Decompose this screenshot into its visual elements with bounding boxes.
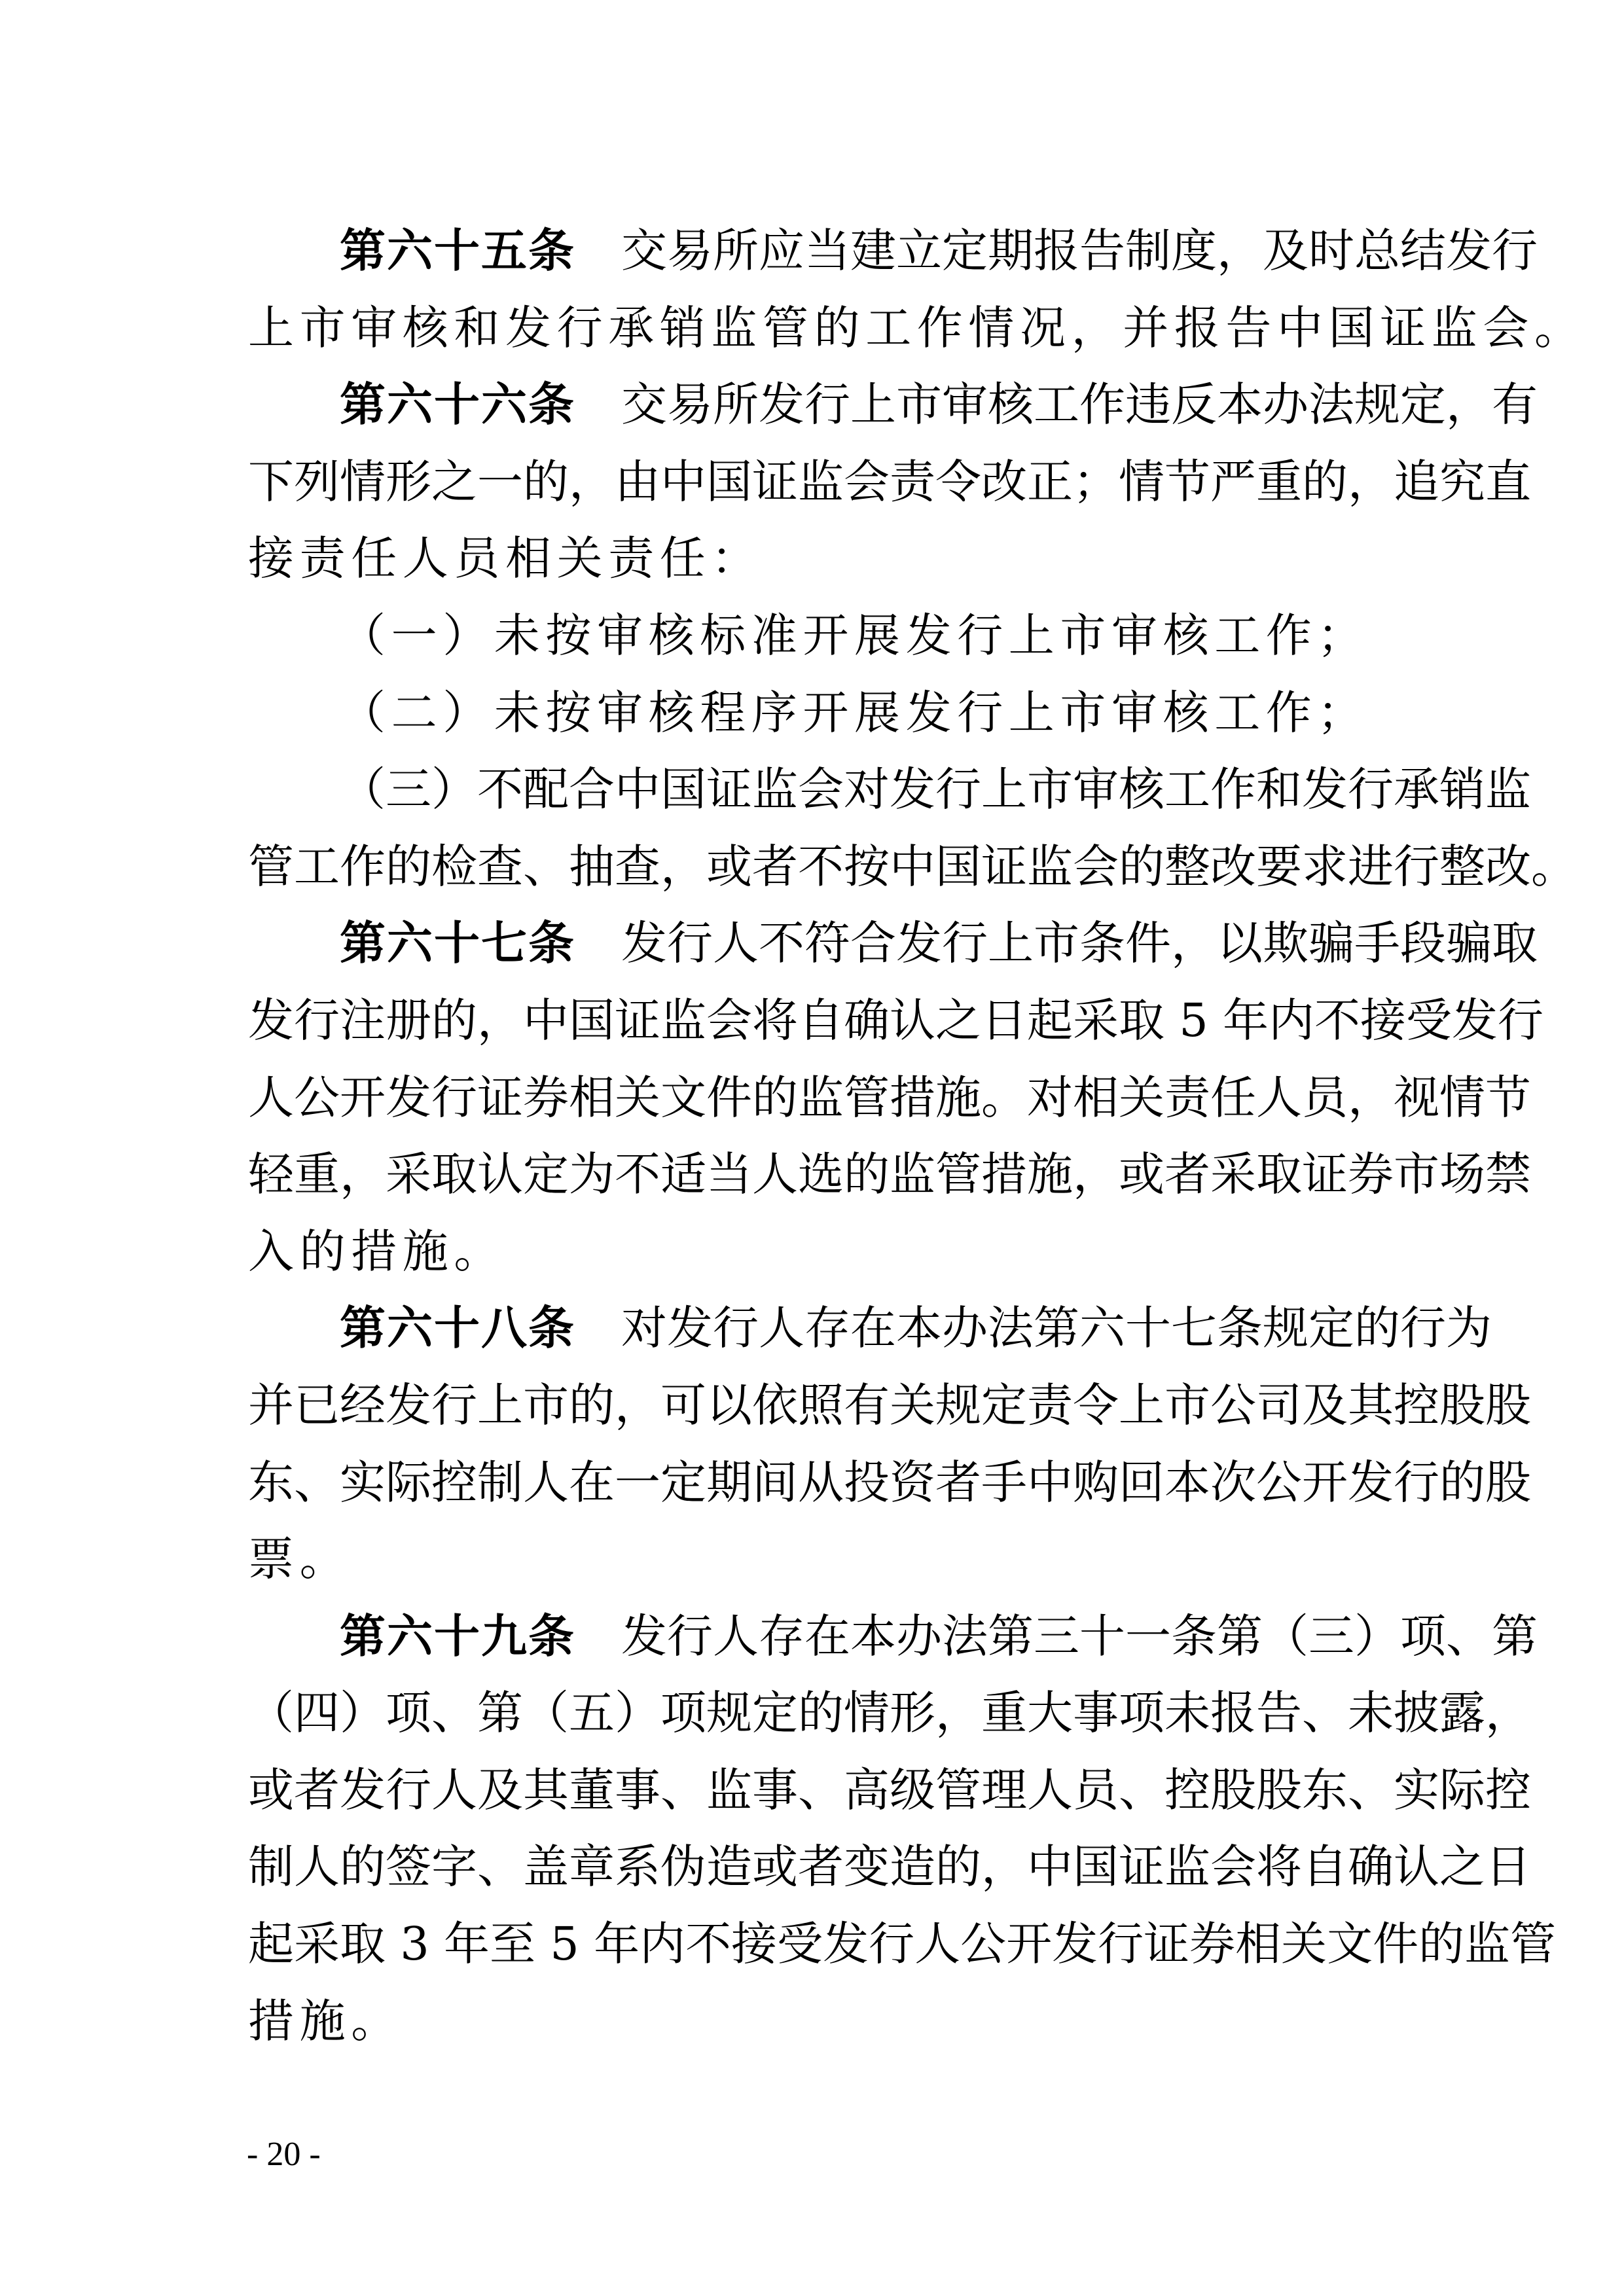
article-65-line-1: 第六十五条交易所应当建立定期报告制度，及时总结发行 bbox=[248, 213, 1390, 290]
document-page: 第六十五条交易所应当建立定期报告制度，及时总结发行 上市审核和发行承销监管的工作… bbox=[248, 213, 1390, 2060]
article-68-line-2: 并已经发行上市的，可以依照有关规定责令上市公司及其控股股 bbox=[248, 1367, 1390, 1444]
article-66-item-1: （一）未按审核标准开展发行上市审核工作； bbox=[248, 598, 1390, 675]
article-69-line-6: 措施。 bbox=[248, 1983, 1390, 2060]
article-number: 第六十六条 bbox=[340, 378, 575, 431]
article-67-line-1: 第六十七条发行人不符合发行上市条件，以欺骗手段骗取 bbox=[248, 905, 1390, 982]
article-69-line-3: 或者发行人及其董事、监事、高级管理人员、控股股东、实际控 bbox=[248, 1752, 1390, 1829]
article-69-line-1: 第六十九条发行人存在本办法第三十一条第（三）项、第 bbox=[248, 1598, 1390, 1676]
article-66-item-3-line-2: 管工作的检查、抽查，或者不按中国证监会的整改要求进行整改。 bbox=[248, 829, 1390, 906]
article-68-line-1: 第六十八条对发行人存在本办法第六十七条规定的行为 bbox=[248, 1290, 1390, 1367]
article-number: 第六十七条 bbox=[340, 916, 575, 970]
article-69: 第六十九条发行人存在本办法第三十一条第（三）项、第 （四）项、第（五）项规定的情… bbox=[248, 1598, 1390, 2060]
article-68-line-3: 东、实际控制人在一定期间从投资者手中购回本次公开发行的股 bbox=[248, 1444, 1390, 1522]
article-66-item-2: （二）未按审核程序开展发行上市审核工作； bbox=[248, 675, 1390, 752]
article-69-line-5: 起采取 3 年至 5 年内不接受发行人公开发行证券相关文件的监管 bbox=[248, 1906, 1390, 1983]
article-65: 第六十五条交易所应当建立定期报告制度，及时总结发行 上市审核和发行承销监管的工作… bbox=[248, 213, 1390, 367]
article-69-line-4: 制人的签字、盖章系伪造或者变造的，中国证监会将自确认之日 bbox=[248, 1829, 1390, 1906]
article-66-line-1: 第六十六条交易所发行上市审核工作违反本办法规定，有 bbox=[248, 367, 1390, 444]
article-text: 对发行人存在本办法第六十七条规定的行为 bbox=[621, 1301, 1492, 1355]
page-number: - 20 - bbox=[247, 2135, 321, 2174]
article-66: 第六十六条交易所发行上市审核工作违反本办法规定，有 下列情形之一的，由中国证监会… bbox=[248, 367, 1390, 905]
article-67: 第六十七条发行人不符合发行上市条件，以欺骗手段骗取 发行注册的，中国证监会将自确… bbox=[248, 905, 1390, 1290]
article-65-line-2: 上市审核和发行承销监管的工作情况，并报告中国证监会。 bbox=[248, 290, 1390, 367]
article-67-line-2: 发行注册的，中国证监会将自确认之日起采取 5 年内不接受发行 bbox=[248, 982, 1390, 1060]
article-text: 交易所应当建立定期报告制度，及时总结发行 bbox=[621, 224, 1538, 278]
article-number: 第六十八条 bbox=[340, 1301, 575, 1355]
article-68: 第六十八条对发行人存在本办法第六十七条规定的行为 并已经发行上市的，可以依照有关… bbox=[248, 1290, 1390, 1598]
article-69-line-2: （四）项、第（五）项规定的情形，重大事项未报告、未披露， bbox=[248, 1675, 1390, 1752]
article-67-line-4: 轻重，采取认定为不适当人选的监管措施，或者采取证券市场禁 bbox=[248, 1136, 1390, 1213]
article-67-line-5: 入的措施。 bbox=[248, 1213, 1390, 1291]
article-text: 发行人不符合发行上市条件，以欺骗手段骗取 bbox=[621, 916, 1538, 970]
article-number: 第六十五条 bbox=[340, 224, 575, 278]
article-text: 发行人存在本办法第三十一条第（三）项、第 bbox=[621, 1609, 1538, 1663]
article-68-line-4: 票。 bbox=[248, 1521, 1390, 1598]
article-number: 第六十九条 bbox=[340, 1609, 575, 1663]
article-66-line-2: 下列情形之一的，由中国证监会责令改正；情节严重的，追究直 bbox=[248, 444, 1390, 521]
article-67-line-3: 人公开发行证券相关文件的监管措施。对相关责任人员，视情节 bbox=[248, 1060, 1390, 1137]
article-66-item-3-line-1: （三）不配合中国证监会对发行上市审核工作和发行承销监 bbox=[248, 751, 1390, 829]
article-66-line-3: 接责任人员相关责任： bbox=[248, 520, 1390, 598]
article-text: 交易所发行上市审核工作违反本办法规定，有 bbox=[621, 378, 1538, 431]
